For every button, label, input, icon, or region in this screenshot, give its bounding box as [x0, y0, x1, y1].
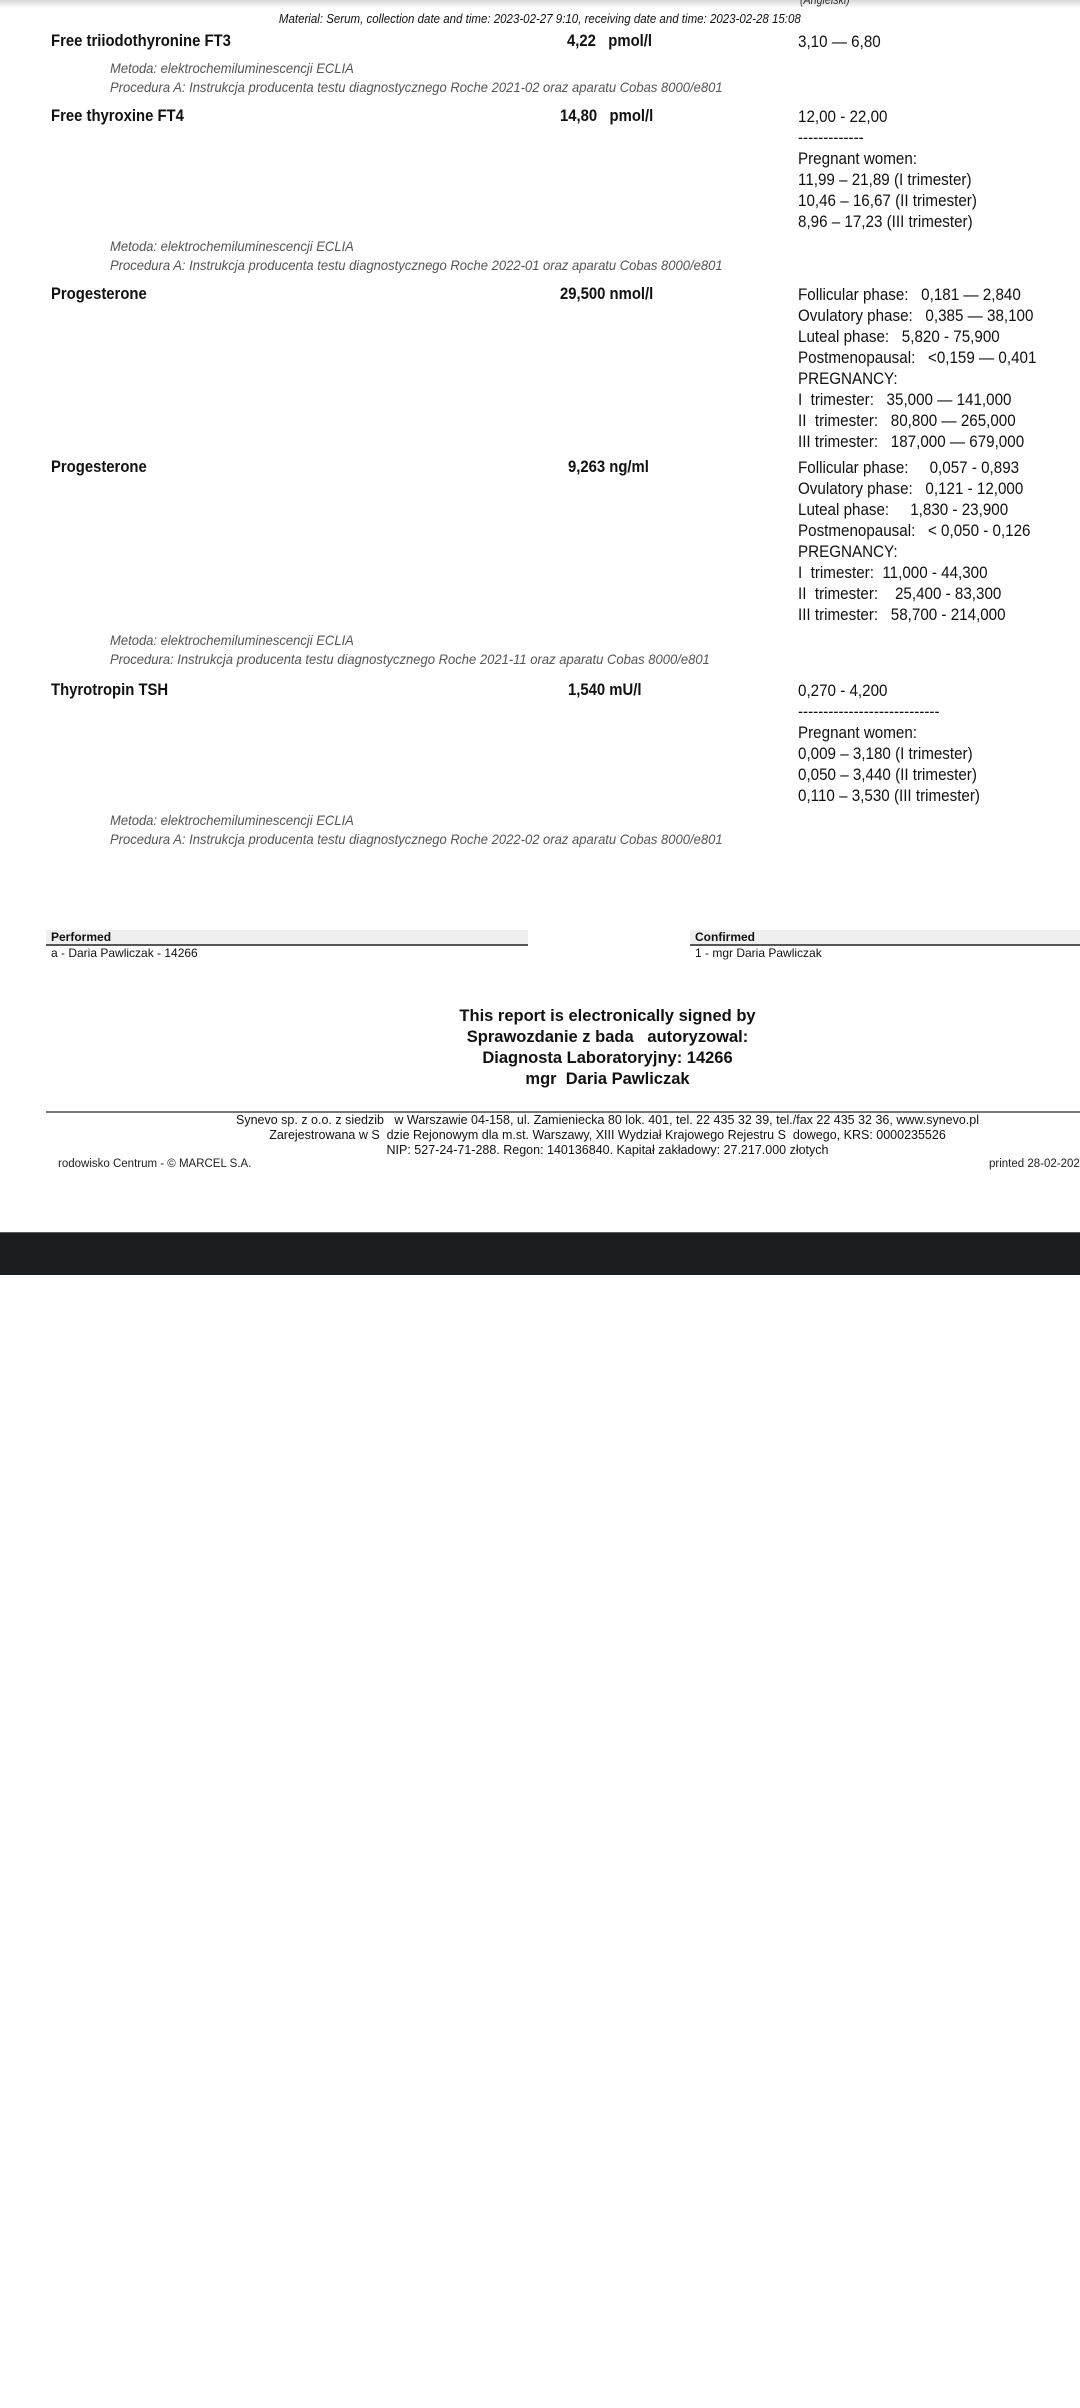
- test-result: 29,500 nmol/l: [560, 285, 653, 304]
- confirmed-label: Confirmed: [690, 930, 1080, 946]
- viewer-bottom-bar: [0, 1232, 1080, 1275]
- test-result: 14,80 pmol/l: [560, 107, 653, 126]
- reference-line: 0,050 – 3,440 (II trimester): [798, 765, 980, 786]
- reference-line: Follicular phase: 0,057 - 0,893: [798, 458, 1031, 479]
- confirmed-block: Confirmed 1 - mgr Daria Pawliczak: [690, 930, 1080, 960]
- performed-label: Performed: [46, 930, 528, 946]
- method-note: Metoda: elektrochemiluminescencji ECLIA …: [110, 59, 723, 97]
- reference-line: 0,009 – 3,180 (I trimester): [798, 744, 980, 765]
- result-value: 14,80: [560, 107, 597, 125]
- procedure-text: Procedura A: Instrukcja producenta testu…: [110, 830, 723, 849]
- reference-line: Follicular phase: 0,181 — 2,840: [798, 285, 1036, 306]
- reference-line: Postmenopausal: < 0,050 - 0,126: [798, 521, 1031, 542]
- confirmed-value: 1 - mgr Daria Pawliczak: [690, 946, 1080, 960]
- procedure-text: Procedura A: Instrukcja producenta testu…: [110, 256, 723, 275]
- reference-line: Postmenopausal: <0,159 — 0,401: [798, 348, 1036, 369]
- language-note: (Angielski): [800, 0, 850, 7]
- result-value: 1,540 mU/l: [568, 681, 641, 699]
- method-text: Metoda: elektrochemiluminescencji ECLIA: [110, 59, 723, 78]
- method-text: Metoda: elektrochemiluminescencji ECLIA: [110, 237, 723, 256]
- footer-line: NIP: 527-24-71-288. Regon: 140136840. Ka…: [0, 1143, 1080, 1158]
- reference-line: Pregnant women:: [798, 723, 980, 744]
- footer-line: Synevo sp. z o.o. z siedzib w Warszawie …: [0, 1113, 1080, 1128]
- reference-line: 0,270 - 4,200: [798, 681, 980, 702]
- result-value: 4,22: [567, 32, 596, 50]
- footer-line: Zarejestrowana w S dzie Rejonowym dla m.…: [0, 1128, 1080, 1143]
- test-result: 1,540 mU/l: [568, 681, 641, 700]
- test-name: Free triiodothyronine FT3: [51, 32, 231, 51]
- reference-line: Ovulatory phase: 0,121 - 12,000: [798, 479, 1031, 500]
- result-unit: pmol/l: [608, 32, 652, 50]
- test-result: 4,22 pmol/l: [567, 32, 652, 51]
- reference-line: I trimester: 35,000 — 141,000: [798, 390, 1036, 411]
- method-text: Metoda: elektrochemiluminescencji ECLIA: [110, 811, 723, 830]
- signed-line: This report is electronically signed by: [0, 1006, 1080, 1027]
- test-name: Free thyroxine FT4: [51, 107, 184, 126]
- reference-line: 3,10 — 6,80: [798, 32, 881, 53]
- reference-line: ----------------------------: [798, 702, 980, 723]
- reference-line: PREGNANCY:: [798, 542, 1031, 563]
- material-line: Material: Serum, collection date and tim…: [0, 11, 1080, 26]
- top-edge-shadow: [0, 0, 1080, 8]
- reference-range: 3,10 — 6,80: [798, 32, 881, 53]
- method-note: Metoda: elektrochemiluminescencji ECLIA …: [110, 811, 723, 849]
- result-value: 29,500 nmol/l: [560, 285, 653, 303]
- reference-range: Follicular phase: 0,181 — 2,840Ovulatory…: [798, 285, 1036, 453]
- reference-line: -------------: [798, 128, 977, 149]
- reference-line: II trimester: 80,800 — 265,000: [798, 411, 1036, 432]
- reference-line: I trimester: 11,000 - 44,300: [798, 563, 1031, 584]
- reference-line: 8,96 – 17,23 (III trimester): [798, 212, 977, 233]
- reference-line: Luteal phase: 1,830 - 23,900: [798, 500, 1031, 521]
- performed-block: Performed a - Daria Pawliczak - 14266: [46, 930, 528, 960]
- procedure-text: Procedura A: Instrukcja producenta testu…: [110, 78, 723, 97]
- reference-line: III trimester: 187,000 — 679,000: [798, 432, 1036, 453]
- result-unit: pmol/l: [610, 107, 654, 125]
- procedure-text: Procedura: Instrukcja producenta testu d…: [110, 650, 710, 669]
- reference-line: III trimester: 58,700 - 214,000: [798, 605, 1031, 626]
- method-text: Metoda: elektrochemiluminescencji ECLIA: [110, 631, 710, 650]
- reference-line: 0,110 – 3,530 (III trimester): [798, 786, 980, 807]
- reference-line: Luteal phase: 5,820 - 75,900: [798, 327, 1036, 348]
- test-name: Progesterone: [51, 285, 147, 304]
- reference-range: 12,00 - 22,00-------------Pregnant women…: [798, 107, 977, 233]
- performed-value: a - Daria Pawliczak - 14266: [46, 946, 528, 960]
- reference-line: 10,46 – 16,67 (II trimester): [798, 191, 977, 212]
- test-result: 9,263 ng/ml: [568, 458, 649, 477]
- printed-date: printed 28-02-202: [989, 1158, 1080, 1170]
- signed-line: mgr Daria Pawliczak: [0, 1069, 1080, 1090]
- company-footer: Synevo sp. z o.o. z siedzib w Warszawie …: [0, 1113, 1080, 1158]
- reference-range: Follicular phase: 0,057 - 0,893Ovulatory…: [798, 458, 1031, 626]
- reference-line: II trimester: 25,400 - 83,300: [798, 584, 1031, 605]
- reference-range: 0,270 - 4,200---------------------------…: [798, 681, 980, 807]
- result-value: 9,263 ng/ml: [568, 458, 649, 476]
- method-note: Metoda: elektrochemiluminescencji ECLIA …: [110, 631, 710, 669]
- test-name: Thyrotropin TSH: [51, 681, 168, 700]
- test-name: Progesterone: [51, 458, 147, 477]
- reference-line: 11,99 – 21,89 (I trimester): [798, 170, 977, 191]
- method-note: Metoda: elektrochemiluminescencji ECLIA …: [110, 237, 723, 275]
- signed-line: Sprawozdanie z bada autoryzowal:: [0, 1027, 1080, 1048]
- reference-line: Ovulatory phase: 0,385 — 38,100: [798, 306, 1036, 327]
- electronic-signature-notice: This report is electronically signed by …: [0, 1006, 1080, 1090]
- software-credit: rodowisko Centrum - © MARCEL S.A.: [58, 1158, 251, 1170]
- reference-line: 12,00 - 22,00: [798, 107, 977, 128]
- reference-line: PREGNANCY:: [798, 369, 1036, 390]
- signed-line: Diagnosta Laboratoryjny: 14266: [0, 1048, 1080, 1069]
- reference-line: Pregnant women:: [798, 149, 977, 170]
